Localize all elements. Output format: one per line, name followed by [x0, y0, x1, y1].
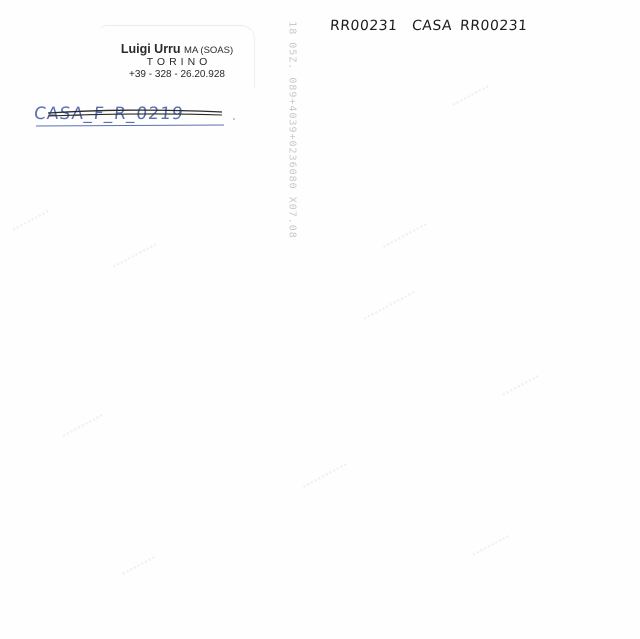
bleed-through-texture: ▪▪▪▪▪▪▪▪▪▪: [470, 531, 512, 560]
archive-code-2: RR00231: [459, 18, 528, 34]
archive-label-casa: CASA: [411, 18, 452, 34]
print-stamp: 18 05Z. 089+4039+0236080 X07.08: [287, 21, 298, 239]
strikethrough-lines: [34, 104, 234, 134]
sticker-name-line: Luigi Urru MA (SOAS): [100, 42, 254, 56]
bleed-through-texture: ▪▪▪▪▪▪▪▪▪: [120, 552, 158, 579]
owner-name: Luigi Urru: [121, 42, 181, 56]
ink-dot: [233, 118, 235, 120]
bleed-through-texture: ▪▪▪▪▪▪▪▪▪▪▪▪: [381, 219, 430, 251]
archive-code-1: RR00231: [329, 18, 398, 34]
bleed-through-texture: ▪▪▪▪▪▪▪▪▪▪▪▪: [111, 239, 160, 271]
bleed-through-texture: ▪▪▪▪▪▪▪▪▪▪: [10, 206, 52, 235]
address-sticker: Luigi Urru MA (SOAS) TORINO +39 - 328 - …: [100, 25, 255, 88]
owner-degree: MA (SOAS): [184, 45, 233, 56]
bleed-through-texture: ▪▪▪▪▪▪▪▪▪▪: [450, 81, 492, 110]
crossed-out-code: CASA_F_R_0219: [34, 104, 224, 132]
owner-city: TORINO: [100, 56, 254, 68]
bleed-through-texture: ▪▪▪▪▪▪▪▪▪▪▪▪: [301, 459, 350, 491]
bleed-through-texture: ▪▪▪▪▪▪▪▪▪▪: [500, 371, 542, 400]
bleed-through-texture: ▪▪▪▪▪▪▪▪▪▪▪▪▪▪: [361, 287, 417, 323]
owner-phone: +39 - 328 - 26.20.928: [100, 69, 254, 80]
bleed-through-texture: ▪▪▪▪▪▪▪▪▪▪▪: [60, 410, 105, 440]
card-back: ▪▪▪▪▪▪▪▪▪▪ ▪▪▪▪▪▪▪▪▪▪▪▪ ▪▪▪▪▪▪▪▪▪▪▪▪ ▪▪▪…: [0, 0, 640, 639]
